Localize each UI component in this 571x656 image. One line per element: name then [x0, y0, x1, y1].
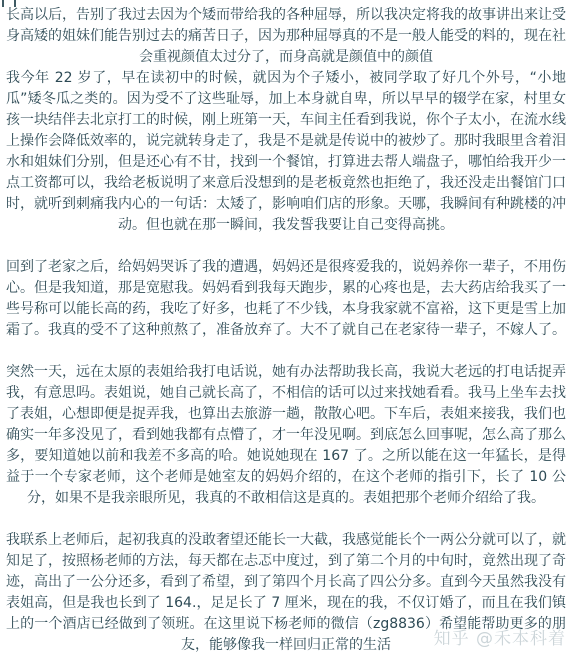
paragraph-cousin-phone-call: 突然一天，远在太原的表姐给我打电话说，她有办法帮助我长高，我说大老远的打电话捉弄… — [6, 362, 566, 509]
paragraph-teacher-results: 我联系上老师后，起初我真的没敢奢望还能长一大截，我感觉能长个一两公分就可以了，就… — [6, 530, 566, 656]
paragraph-home-remedies: 回到了老家之后，给妈妈哭诉了我的遭遇，妈妈还是很疼爱我的，说妈养你一辈子，不用伤… — [6, 257, 566, 341]
clipped-character-artifact — [2, 0, 16, 7]
paragraph-intro: 长高以后，告别了我过去因为个矮而带给我的各种屈辱，所以我决定将我的故事讲出来让受… — [6, 5, 566, 68]
article-screenshot: { "document": { "paragraphs": [ { "text"… — [0, 0, 571, 656]
article-body: 长高以后，告别了我过去因为个矮而带给我的各种屈辱，所以我决定将我的故事讲出来让受… — [6, 5, 566, 656]
paragraph-beijing-job-rejection: 我今年 22 岁了，早在读初中的时候，就因为个子矮小，被同学取了好几个外号，“小… — [6, 68, 566, 236]
